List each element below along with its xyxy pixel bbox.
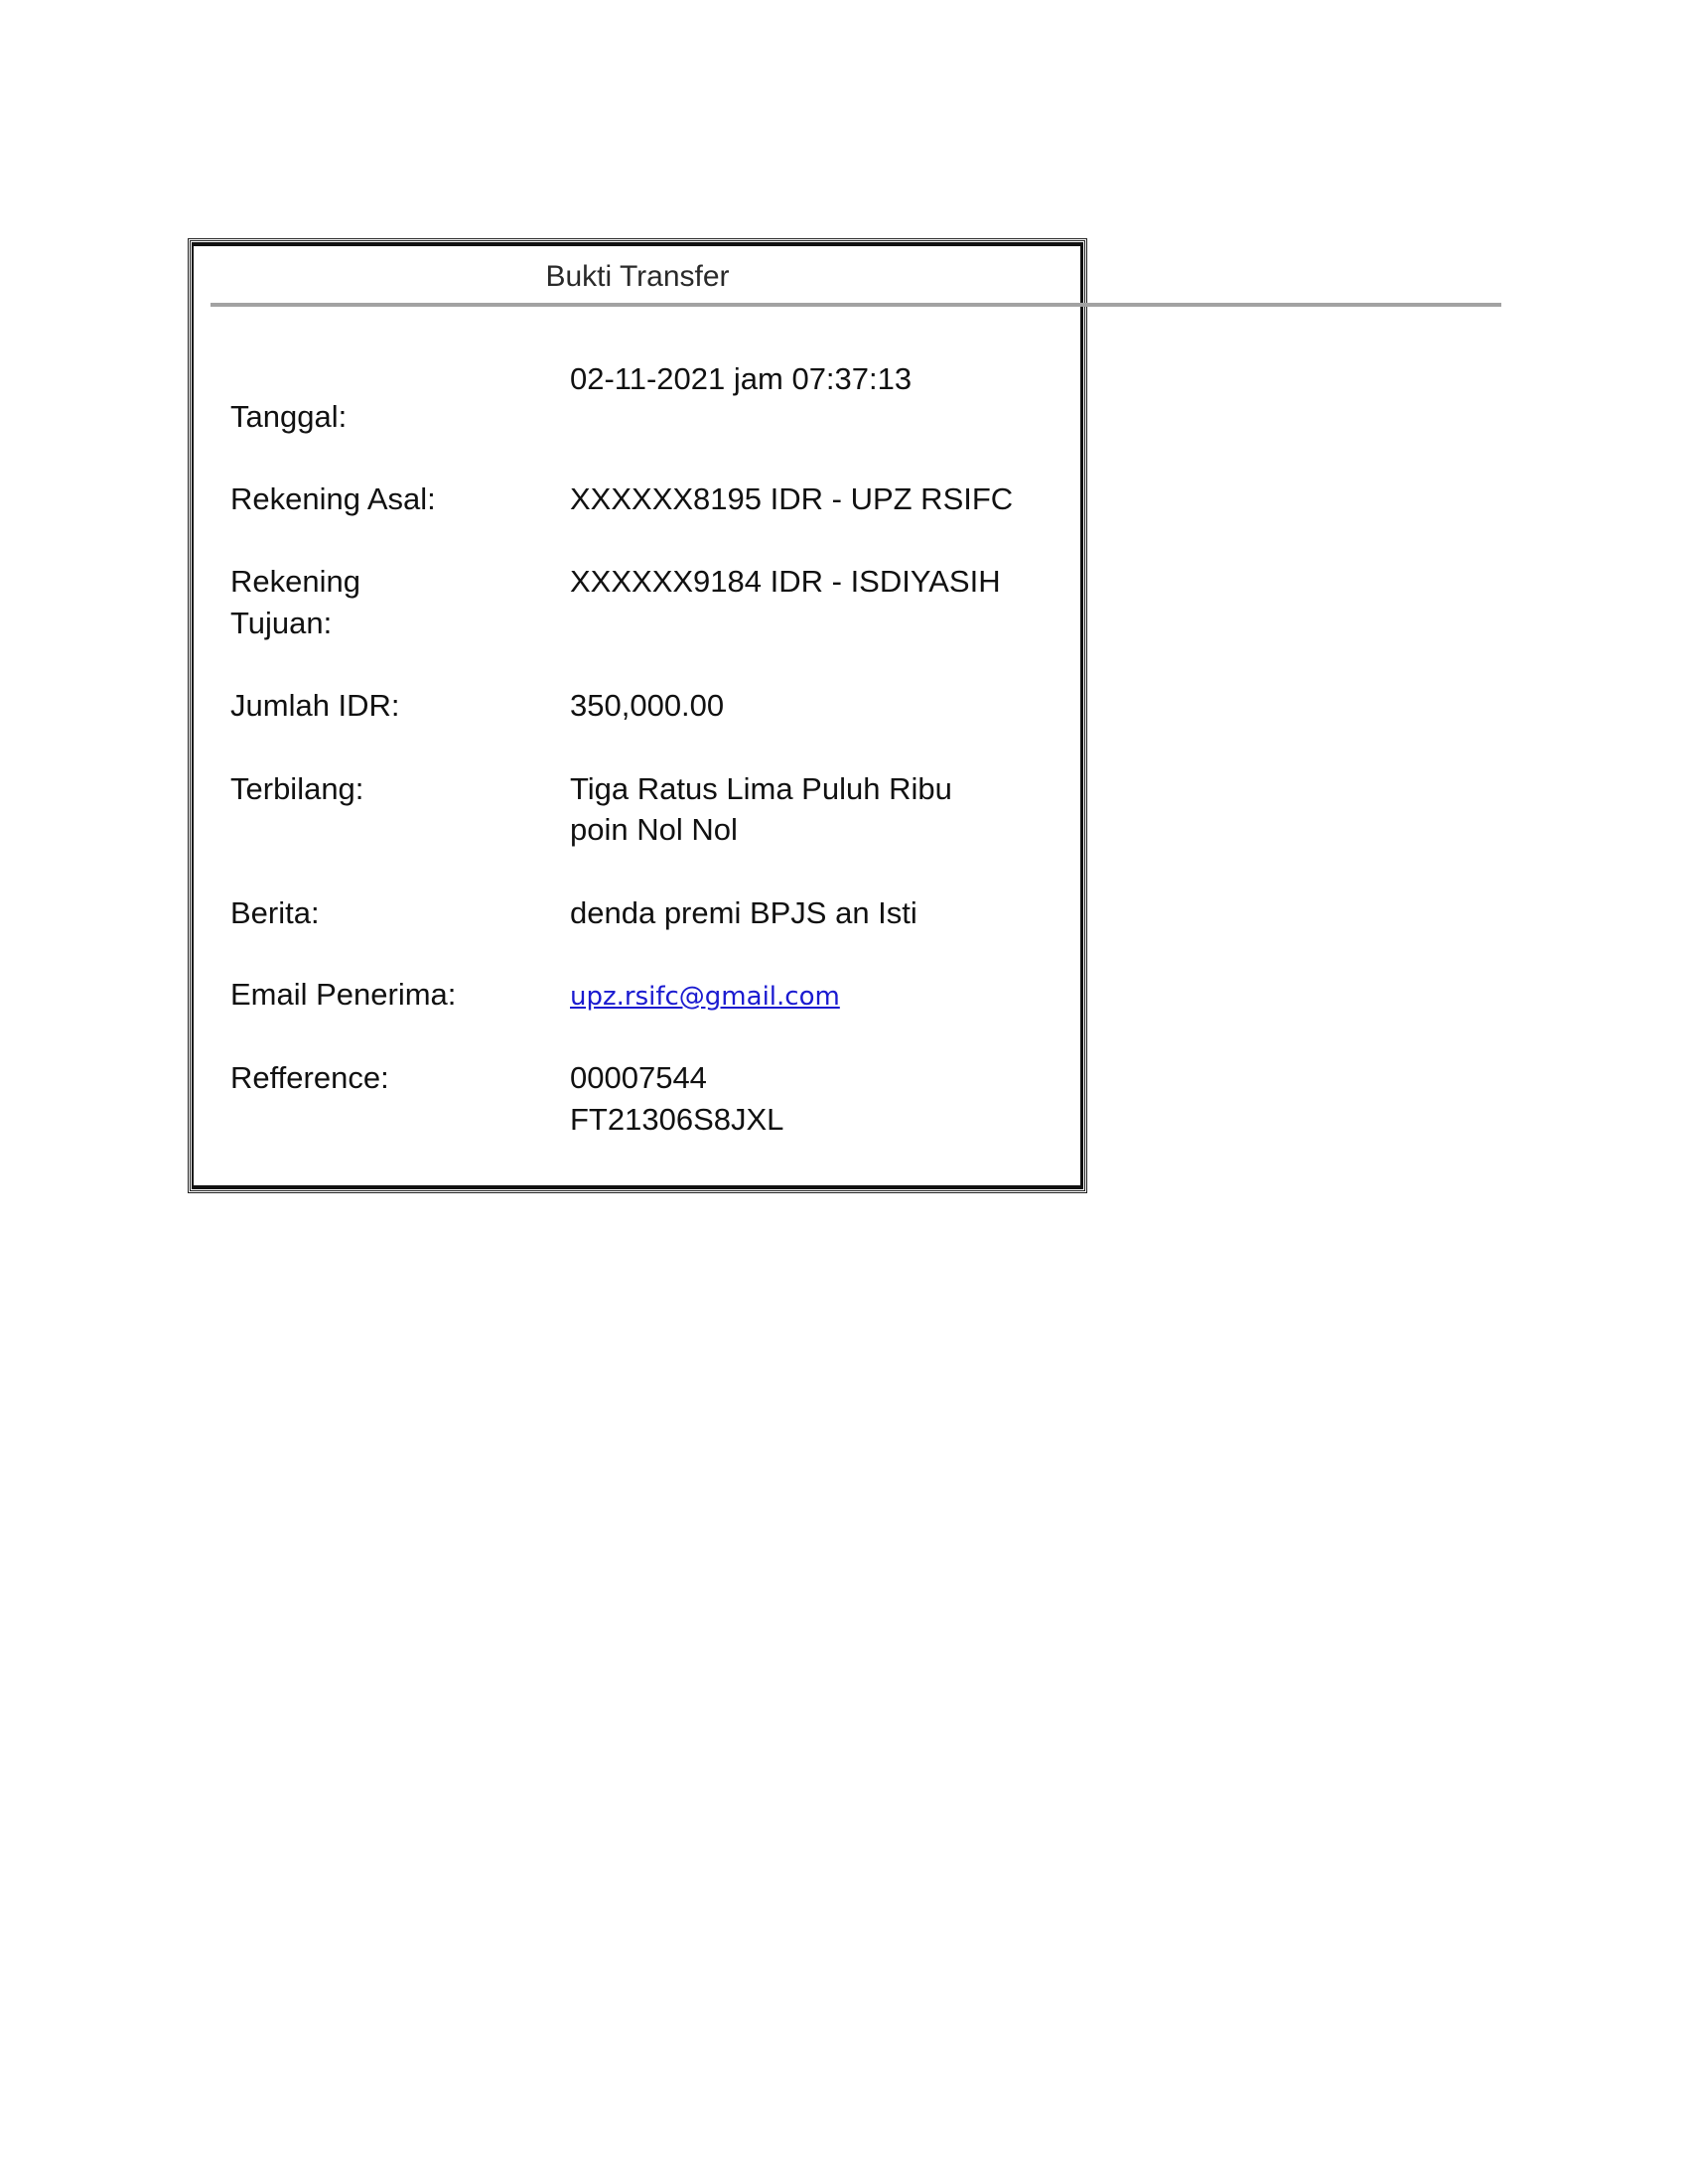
date-value: 02-11-2021 jam 07:37:13	[570, 358, 912, 400]
recipient-email-link[interactable]: upz.rsifc@gmail.com	[570, 976, 840, 1018]
amount-value: 350,000.00	[570, 685, 724, 727]
reference-number: 00007544	[570, 1057, 707, 1099]
source-account-label: Rekening Asal:	[230, 478, 436, 520]
recipient-email-label: Email Penerima:	[230, 974, 456, 1016]
amount-words-line2: poin Nol Nol	[570, 809, 738, 851]
reference-code: FT21306S8JXL	[570, 1099, 783, 1141]
title-divider	[211, 303, 1501, 307]
message-value: denda premi BPJS an Isti	[570, 892, 917, 934]
receipt-title: Bukti Transfer	[188, 260, 1087, 294]
reference-label: Refference:	[230, 1057, 389, 1099]
message-label: Berita:	[230, 892, 320, 934]
amount-label: Jumlah IDR:	[230, 685, 400, 727]
amount-words-line1: Tiga Ratus Lima Puluh Ribu	[570, 768, 952, 810]
amount-words-label: Terbilang:	[230, 768, 363, 810]
destination-account-value: XXXXXX9184 IDR - ISDIYASIH	[570, 561, 1001, 603]
destination-account-label-line2: Tujuan:	[230, 603, 332, 644]
destination-account-label-line1: Rekening	[230, 561, 360, 603]
source-account-value: XXXXXX8195 IDR - UPZ RSIFC	[570, 478, 1013, 520]
date-label: Tanggal:	[230, 396, 347, 438]
